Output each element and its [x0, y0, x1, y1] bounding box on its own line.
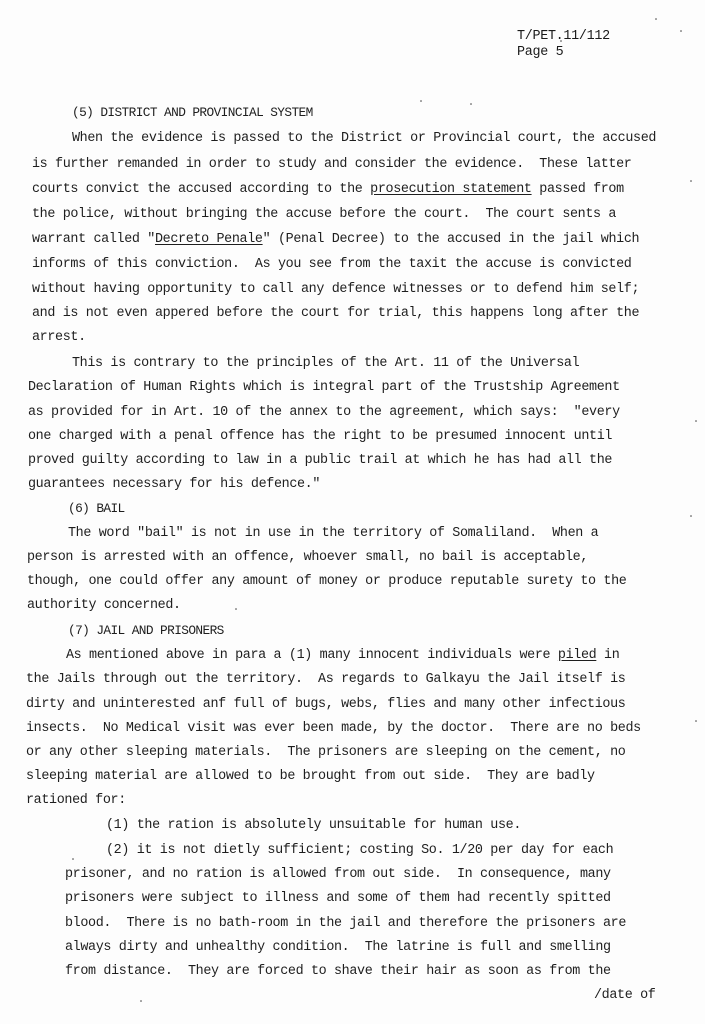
text-line: prisoner, and no ration is allowed from …: [65, 867, 611, 883]
scan-speck: [690, 180, 692, 182]
text-line: always dirty and unhealthy condition. Th…: [65, 940, 611, 956]
text-line: This is contrary to the principles of th…: [72, 356, 579, 372]
text-line: though, one could offer any amount of mo…: [27, 574, 627, 590]
section-heading-bail: (6) BAIL: [68, 501, 125, 517]
text-line: person is arrested with an offence, whoe…: [27, 550, 588, 566]
text-line-with-underline: warrant called "Decreto Penale" (Penal D…: [32, 232, 639, 248]
text-line: or any other sleeping materials. The pri…: [26, 745, 626, 761]
scan-speck: [420, 100, 422, 102]
text-line: from distance. They are forced to shave …: [65, 964, 611, 980]
list-item-1: (1) the ration is absolutely unsuitable …: [106, 818, 521, 834]
scan-speck: [655, 18, 657, 20]
text-line: as provided for in Art. 10 of the annex …: [28, 405, 620, 421]
text-segment: " (Penal Decree) to the accused in the j…: [263, 232, 640, 247]
text-line: the Jails through out the territory. As …: [26, 672, 626, 688]
document-reference: T/PET.11/112: [517, 29, 610, 45]
scan-speck: [470, 103, 472, 105]
text-line: blood. There is no bath-room in the jail…: [65, 916, 626, 932]
text-segment: As mentioned above in para a (1) many in…: [66, 648, 558, 663]
text-line: guarantees necessary for his defence.": [28, 477, 320, 493]
text-line: rationed for:: [26, 793, 126, 809]
text-line: arrest.: [32, 330, 86, 346]
section-heading-jail-prisoners: (7) JAIL AND PRISONERS: [68, 623, 224, 639]
page-number: Page 5: [517, 45, 563, 61]
scan-speck: [235, 608, 237, 610]
text-line: dirty and uninterested anf full of bugs,…: [26, 697, 626, 713]
text-line-with-underline: As mentioned above in para a (1) many in…: [66, 648, 619, 664]
scan-speck: [140, 1000, 142, 1002]
underlined-decreto-penale: Decreto Penale: [155, 232, 263, 247]
underlined-piled: piled: [558, 648, 596, 663]
text-line: informs of this conviction. As you see f…: [32, 257, 632, 273]
list-item-2: (2) it is not dietly sufficient; costing…: [106, 843, 613, 859]
scan-speck: [680, 30, 682, 32]
text-line: Declaration of Human Rights which is int…: [28, 380, 620, 396]
text-line: prisoners were subject to illness and so…: [65, 891, 611, 907]
text-segment: in: [596, 648, 619, 663]
scan-speck: [560, 40, 562, 42]
scan-speck: [695, 420, 697, 422]
text-line: and is not even appered before the court…: [32, 306, 639, 322]
text-line: When the evidence is passed to the Distr…: [72, 131, 656, 147]
text-line: proved guilty according to law in a publ…: [28, 453, 612, 469]
text-line: one charged with a penal offence has the…: [28, 429, 612, 445]
continuation-marker: /date of: [594, 988, 656, 1004]
scan-speck: [72, 858, 74, 860]
section-heading-district-provincial: (5) DISTRICT AND PROVINCIAL SYSTEM: [72, 105, 313, 121]
text-segment: courts convict the accused according to …: [32, 182, 370, 197]
text-line: sleeping material are allowed to be brou…: [26, 769, 595, 785]
text-line: is further remanded in order to study an…: [32, 157, 632, 173]
underlined-prosecution-statement: prosecution statement: [370, 182, 531, 197]
text-line: authority concerned.: [27, 598, 181, 614]
text-segment: warrant called ": [32, 232, 155, 247]
text-line: The word "bail" is not in use in the ter…: [68, 526, 598, 542]
document-page: T/PET.11/112 Page 5 (5) DISTRICT AND PRO…: [0, 0, 705, 1024]
scan-speck: [695, 720, 697, 722]
text-line: without having opportunity to call any d…: [32, 282, 639, 298]
text-line: insects. No Medical visit was ever been …: [26, 721, 641, 737]
text-line: the police, without bringing the accuse …: [32, 207, 616, 223]
scan-speck: [690, 515, 692, 517]
text-segment: passed from: [532, 182, 624, 197]
text-line-with-underline: courts convict the accused according to …: [32, 182, 624, 198]
